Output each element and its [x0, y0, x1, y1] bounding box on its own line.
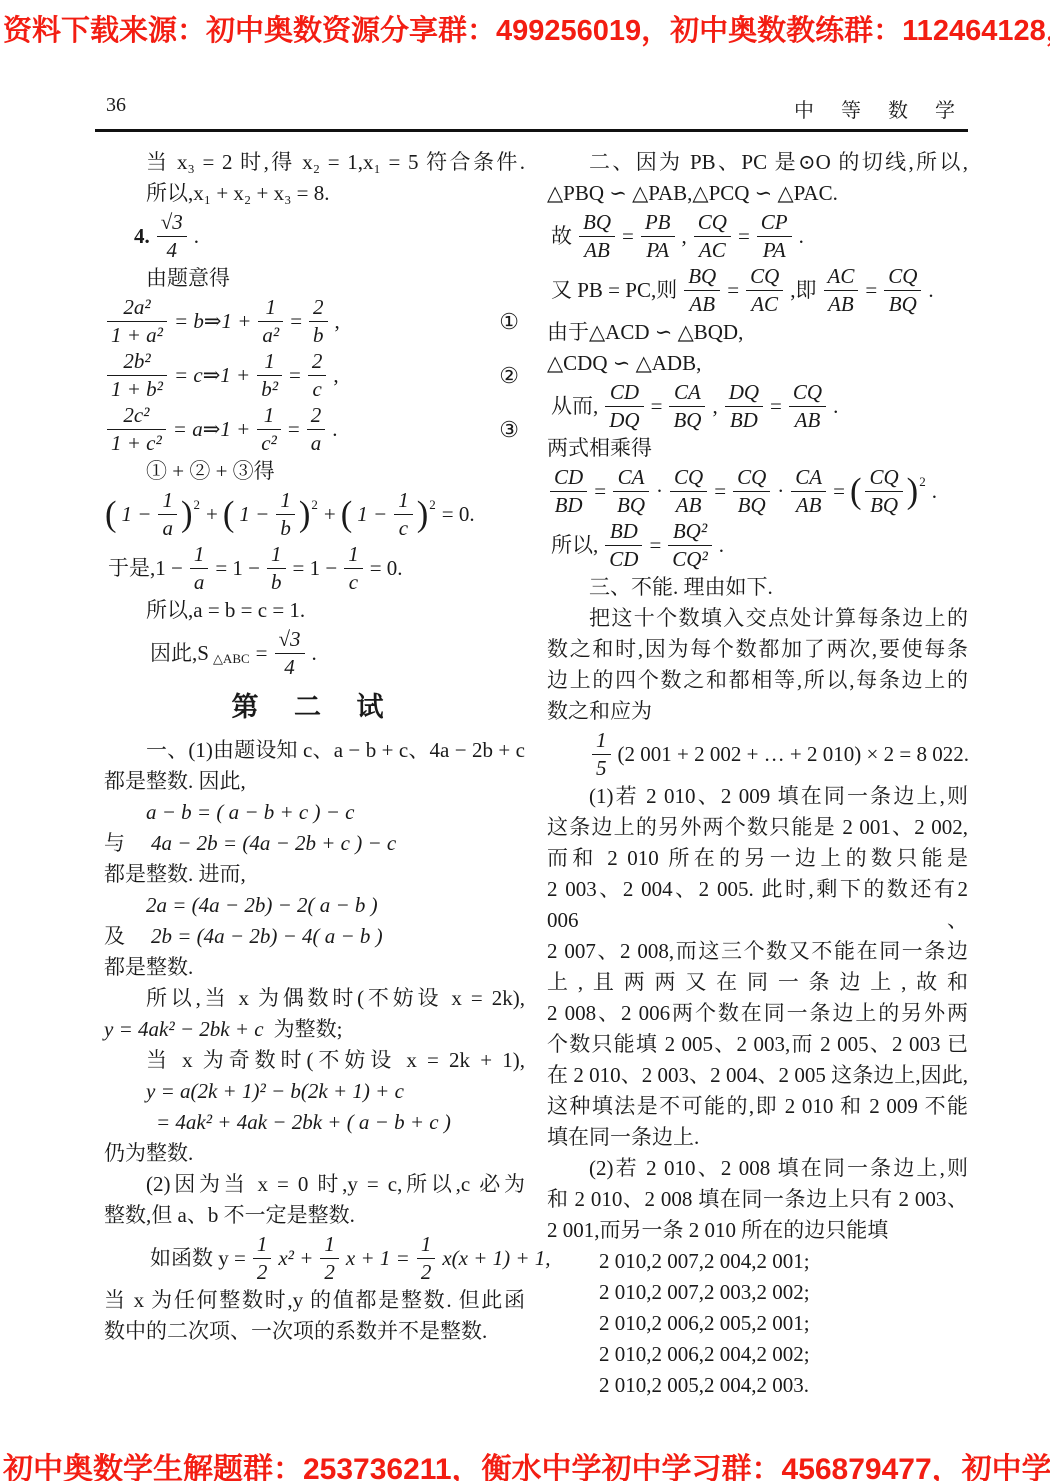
fraction: BQAB [684, 265, 720, 315]
close-paren: ) [181, 498, 193, 531]
frac-denominator: PA [757, 237, 792, 262]
frac-numerator: 2 [308, 350, 327, 376]
frac-denominator: DQ [605, 407, 643, 432]
math-text: 又 PB = PC,则 [551, 275, 677, 306]
math-text: (2 001 + 2 002 + … + 2 010) × 2 = 8 022. [618, 739, 969, 770]
text-line: 当 x₃ = 2 时,得 x₂ = 1,x₁ = 5 符合条件. [104, 147, 525, 178]
math-text: = c⇒1 + [174, 360, 250, 391]
frac-numerator: 1 [158, 489, 177, 515]
math-text: 从而, [551, 391, 598, 422]
frac-numerator: 1 [276, 489, 295, 515]
math-line: y = a(2k + 1)² − b(2k + 1) + c [104, 1076, 525, 1107]
frac-numerator: CQ [733, 466, 770, 492]
text-line: (2)若 2 010、2 008 填在同一条边上,则 [547, 1153, 968, 1184]
math-text: 1 − [239, 499, 269, 530]
function-example-line: 如函数 y = 12 x² + 12 x + 1 = 12 x(x + 1) +… [104, 1231, 525, 1285]
text: 为整数; [274, 1017, 343, 1041]
text-line: 都是整数. [104, 952, 525, 983]
open-paren: ( [850, 475, 862, 508]
frac-denominator: b [309, 322, 328, 347]
fraction: CQAB [789, 381, 826, 431]
text-line: 当 x 为奇数时(不妨设 x = 2k + 1), [104, 1045, 525, 1076]
frac-numerator: BQ [684, 265, 720, 291]
frac-numerator: PB [641, 211, 675, 237]
open-paren: ( [223, 498, 235, 531]
frac-denominator: 4 [157, 237, 187, 262]
frac-numerator: 1 [592, 729, 611, 755]
frac-numerator: DQ [725, 381, 763, 407]
text-line: 当 x 为任何整数时,y 的值都是整数. 但此函 [104, 1285, 525, 1316]
text-line: 而和 2 010 所在的另一边上的数只能是 [547, 843, 968, 874]
math-text: 所以, [551, 530, 598, 561]
math-text: = [738, 221, 750, 252]
answer-4-line: 4. √34 . [104, 209, 525, 263]
frac-numerator: CQ [746, 265, 783, 291]
superscript: 2 [429, 489, 436, 520]
list-line: 2 010,2 006,2 004,2 002; [547, 1339, 968, 1370]
frac-denominator: CQ² [668, 546, 711, 571]
text-line: 所以,当 x 为偶数时(不妨设 x = 2k), [104, 983, 525, 1014]
fraction: CQBQ [733, 466, 770, 516]
frac-numerator: CQ [670, 466, 707, 492]
math-text: = 1 − [215, 553, 260, 584]
frac-denominator: 5 [592, 755, 611, 780]
header-rule [95, 129, 968, 132]
text-line: 所以,x₁ + x₂ + x₃ = 8. [104, 178, 525, 209]
math-text: . [833, 391, 838, 422]
fraction: 2c [308, 350, 327, 400]
fraction: 15 [592, 729, 611, 779]
math-text: · [777, 476, 784, 507]
frac-numerator: 1 [257, 350, 282, 376]
math-text: = [288, 414, 300, 445]
subscript: △ABC [213, 643, 250, 674]
text-line: 填在同一条边上. [547, 1122, 968, 1153]
frac-denominator: BQ [613, 492, 649, 517]
text-line: 二、因为 PB、PC 是⊙O 的切线,所以, [547, 147, 968, 178]
text-line: 把这十个数填入交点处计算每条边上的 [547, 603, 968, 634]
math-text: . [799, 221, 804, 252]
math-text: x + 1 = [346, 1243, 410, 1274]
frac-denominator: c² [257, 430, 281, 455]
fraction: 1b [276, 489, 295, 539]
fraction: CABQ [613, 466, 649, 516]
frac-denominator: 4 [275, 654, 305, 679]
frac-numerator: CD [550, 466, 587, 492]
text-line: 都是整数. 进而, [104, 859, 525, 890]
frac-numerator: BQ [579, 211, 615, 237]
list-line: 2 010,2 007,2 004,2 001; [547, 1246, 968, 1277]
frac-numerator: CQ [865, 466, 902, 492]
close-paren: ) [417, 498, 429, 531]
math-text: · [656, 476, 663, 507]
page-header: 36 中 等 数 学 [106, 94, 966, 123]
text-line: 仍为整数. [104, 1138, 525, 1169]
frac-numerator: 2b² [107, 350, 167, 376]
math-line: a − b = ( a − b + c ) − c [104, 797, 525, 828]
math-text: = [727, 275, 739, 306]
fraction: 2b²1 + b² [107, 350, 167, 400]
frac-denominator: a² [258, 322, 283, 347]
list-line: 2 010,2 005,2 004,2 003. [547, 1370, 968, 1401]
math-text: ,即 [790, 275, 816, 306]
math-text: 于是,1 − [108, 553, 183, 584]
fraction: BQAB [579, 211, 615, 261]
fraction: 1b [267, 543, 286, 593]
close-paren: ) [907, 475, 919, 508]
math-text: = [289, 360, 301, 391]
math-text: . [932, 476, 937, 507]
fraction: CAAB [791, 466, 826, 516]
page-number: 36 [106, 94, 126, 123]
frac-denominator: BQ [865, 492, 902, 517]
product-equation: CDBD = CABQ · CQAB = CQBQ · CAAB = ( CQB… [547, 464, 968, 518]
math-line: = 4ak² + 4ak − 2bk + ( a − b + c ) [104, 1107, 525, 1138]
fraction: BQ²CQ² [668, 520, 711, 570]
fraction: CPPA [757, 211, 792, 261]
equation-3: 2c²1 + c² = a⇒1 + 1c² = 2a . ③ [104, 402, 525, 456]
frac-numerator: AC [824, 265, 859, 291]
frac-numerator: 2 [309, 296, 328, 322]
frac-denominator: AB [670, 492, 707, 517]
watermark-bottom: 初中奥数学生解题群：253736211，衡水中学初中学习群：456879477，… [3, 1444, 1050, 1481]
equation-2: 2b²1 + b² = c⇒1 + 1b² = 2c , ② [104, 348, 525, 402]
text-line: 整数,但 a、b 不一定是整数. [104, 1200, 525, 1231]
math-text: = [865, 275, 877, 306]
text-line: 数之和时,因为每个数都加了两次,要使每条 [547, 634, 968, 665]
text-line: 个数只能填 2 005、2 003,而 2 005、2 003 已 [547, 1029, 968, 1060]
text-line: (1)若 2 010、2 009 填在同一条边上,则 [547, 781, 968, 812]
right-column: 二、因为 PB、PC 是⊙O 的切线,所以, △PBQ ∽ △PAB,△PCQ … [547, 147, 968, 1401]
scanned-page: 资料下载来源：初中奥数资源分享群：499256019，初中奥数教练群：11246… [0, 0, 1050, 1481]
math-text: = [290, 306, 302, 337]
math-text: . [928, 275, 933, 306]
frac-denominator: BQ [884, 291, 921, 316]
open-paren: ( [341, 498, 353, 531]
math-line: 与4a − 2b = (4a − 2b + c ) − c [104, 828, 525, 859]
text-line: 和 2 010、2 008 填在同一条边上只有 2 003、 [547, 1184, 968, 1215]
text-line: 2 003、2 004、2 005. 此时,剩下的数还有2 006、 [547, 874, 968, 936]
text-line: (2)因为当 x = 0 时,y = c,所以,c 必为 [104, 1169, 525, 1200]
fraction: 12 [320, 1233, 339, 1283]
fraction: 1a [158, 489, 177, 539]
text-line: 在 2 010、2 003、2 004、2 005 这条边上,因此, [547, 1060, 968, 1091]
frac-denominator: 2 [417, 1259, 436, 1284]
math-text: , [712, 391, 717, 422]
fraction: 1a [190, 543, 209, 593]
fraction: √34 [275, 628, 305, 678]
math-text: = [594, 476, 606, 507]
fraction: 1a² [258, 296, 283, 346]
frac-denominator: PA [641, 237, 675, 262]
frac-numerator: 2 [307, 404, 326, 430]
frac-denominator: AB [579, 237, 615, 262]
ratio-line-3: 从而, CDDQ = CABQ , DQBD = CQAB . [547, 379, 968, 433]
math-text: x² + [278, 1243, 313, 1274]
text-line: 2 001,而另一条 2 010 所在的边只能填 [547, 1215, 968, 1246]
list-line: 2 010,2 006,2 005,2 001; [547, 1308, 968, 1339]
math-text: + [324, 499, 336, 530]
math-text: 1 − [122, 499, 152, 530]
equation-tag: ① [499, 306, 519, 337]
math-text: = 0. [370, 553, 403, 584]
frac-denominator: AB [789, 407, 826, 432]
frac-denominator: 1 + c² [107, 430, 166, 455]
math-text: 因此,S [150, 638, 209, 669]
ratio-line-2: 又 PB = PC,则 BQAB = CQAC ,即 ACAB = CQBQ . [547, 263, 968, 317]
text-line: 上,且两两又在同一条边上,故和 [547, 967, 968, 998]
frac-denominator: BD [550, 492, 587, 517]
frac-numerator: CA [613, 466, 649, 492]
math-text: = [256, 638, 268, 669]
yushi-equation: 于是,1 − 1a = 1 − 1b = 1 − 1c = 0. [104, 541, 525, 595]
connector: 与 [104, 831, 125, 855]
watermark-top: 资料下载来源：初中奥数资源分享群：499256019，初中奥数教练群：11246… [3, 8, 1050, 49]
frac-numerator: 2a² [107, 296, 167, 322]
frac-numerator: CQ [694, 211, 731, 237]
text-line: 所以,a = b = c = 1. [104, 595, 525, 626]
equation-tag: ② [499, 360, 519, 391]
frac-denominator: 2 [320, 1259, 339, 1284]
superscript: 2 [311, 489, 318, 520]
fraction: 12 [417, 1233, 436, 1283]
frac-denominator: a [307, 430, 326, 455]
frac-denominator: c [308, 376, 327, 401]
frac-numerator: 1 [267, 543, 286, 569]
frac-numerator: 1 [253, 1233, 272, 1259]
math-text: = a⇒1 + [173, 414, 250, 445]
text-line: 这种填法是不可能的,即 2 010 和 2 009 不能 [547, 1091, 968, 1122]
math-line: 及2b = (4a − 2b) − 4( a − b ) [104, 921, 525, 952]
math-line: 2a = (4a − 2b) − 2( a − b ) [104, 890, 525, 921]
math-text: , [335, 306, 340, 337]
fraction: BDCD [605, 520, 642, 570]
frac-denominator: AC [694, 237, 731, 262]
frac-numerator: 1 [417, 1233, 436, 1259]
area-result-line: 因此,S△ABC = √34 . [104, 626, 525, 680]
fraction: 1c [344, 543, 363, 593]
fraction: CDDQ [605, 381, 643, 431]
connector: 及 [104, 924, 125, 948]
frac-numerator: 1 [320, 1233, 339, 1259]
frac-numerator: 1 [344, 543, 363, 569]
frac-denominator: AB [684, 291, 720, 316]
fraction: CDBD [550, 466, 587, 516]
math-text: = 1 − [293, 553, 338, 584]
fraction: CQBQ [865, 466, 902, 516]
frac-denominator: 1 + b² [107, 376, 167, 401]
fraction: 1b² [257, 350, 282, 400]
frac-denominator: AB [824, 291, 859, 316]
frac-numerator: √3 [157, 211, 187, 237]
fraction: 1c² [257, 404, 281, 454]
text-line: 数之和应为 [547, 696, 968, 727]
superscript: 2 [919, 466, 926, 497]
frac-numerator: 1 [257, 404, 281, 430]
math-text: = [651, 391, 663, 422]
text-line: 三、不能. 理由如下. [547, 572, 968, 603]
math-text: = b⇒1 + [174, 306, 251, 337]
open-paren: ( [105, 498, 117, 531]
frac-numerator: CD [605, 381, 643, 407]
frac-denominator: CD [605, 546, 642, 571]
math-text: + [206, 499, 218, 530]
math-text: 故 [551, 221, 572, 252]
math-text: . [332, 414, 337, 445]
math-text: 如函数 y = [150, 1243, 246, 1274]
text-line: 两式相乘得 [547, 433, 968, 464]
frac-denominator: c [394, 515, 413, 540]
fraction: √34 [157, 211, 187, 261]
frac-denominator: 2 [253, 1259, 272, 1284]
text-line: 2 007、2 008,而这三个数又不能在同一条边 [547, 936, 968, 967]
fraction: 2c²1 + c² [107, 404, 166, 454]
math-text: . [312, 638, 317, 669]
text-line: 2 008、2 006两个数在同一条边上的另外两 [547, 998, 968, 1029]
frac-numerator: 2c² [107, 404, 166, 430]
frac-denominator: AB [791, 492, 826, 517]
frac-numerator: CA [669, 381, 705, 407]
fraction: 12 [253, 1233, 272, 1283]
fraction: ACAB [824, 265, 859, 315]
math-line: y = 4ak² − 2bk + c为整数; [104, 1014, 525, 1045]
frac-denominator: a [190, 569, 209, 594]
text-line: 数中的二次项、一次项的系数并不是整数. [104, 1316, 525, 1347]
text-line: 一、(1)由题设知 c、a − b + c、4a − 2b + c [104, 735, 525, 766]
frac-denominator: b [267, 569, 286, 594]
math-text: , [682, 221, 687, 252]
text-line: 都是整数. 因此, [104, 766, 525, 797]
math-text: = [622, 221, 634, 252]
fraction: CQAC [746, 265, 783, 315]
problem-number: 4. [134, 221, 150, 252]
left-column: 当 x₃ = 2 时,得 x₂ = 1,x₁ = 5 符合条件. 所以,x₁ +… [104, 147, 525, 1347]
math-text: = [770, 391, 782, 422]
list-line: 2 010,2 007,2 003,2 002; [547, 1277, 968, 1308]
sum-formula: 15 (2 001 + 2 002 + … + 2 010) × 2 = 8 0… [547, 727, 968, 781]
text-line: ① + ② + ③得 [104, 456, 525, 487]
sum-equation: ( 1 − 1a ) 2 + ( 1 − 1b ) 2 + ( 1 − 1c )… [104, 487, 525, 541]
text-line: 由于△ACD ∽ △BQD, [547, 317, 968, 348]
fraction: CQAC [694, 211, 731, 261]
math-text: , [333, 360, 338, 391]
frac-numerator: CA [791, 466, 826, 492]
math-text: y = 4ak² − 2bk + c [104, 1017, 264, 1041]
text-line: △CDQ ∽ △ADB, [547, 348, 968, 379]
math-text: = [714, 476, 726, 507]
math-text: = [833, 476, 845, 507]
text-line: 边上的四个数之和都相等,所以,每条边上的 [547, 665, 968, 696]
math-text: . [194, 221, 199, 252]
text-line: 这条边上的另外两个数只能是 2 001、2 002, [547, 812, 968, 843]
conclusion-ratio: 所以, BDCD = BQ²CQ² . [547, 518, 968, 572]
equation-tag: ③ [499, 414, 519, 445]
frac-numerator: BQ² [668, 520, 711, 546]
fraction: DQBD [725, 381, 763, 431]
math-text: . [719, 530, 724, 561]
frac-denominator: b² [257, 376, 282, 401]
fraction: PBPA [641, 211, 675, 261]
frac-numerator: CP [757, 211, 792, 237]
fraction: 2a²1 + a² [107, 296, 167, 346]
frac-denominator: AC [746, 291, 783, 316]
frac-numerator: CQ [789, 381, 826, 407]
frac-denominator: b [276, 515, 295, 540]
frac-denominator: BQ [669, 407, 705, 432]
math-text: = 0. [442, 499, 475, 530]
math-text: 4a − 2b = (4a − 2b + c ) − c [151, 831, 396, 855]
fraction: CQBQ [884, 265, 921, 315]
fraction: CABQ [669, 381, 705, 431]
superscript: 2 [194, 489, 201, 520]
journal-title: 中 等 数 学 [794, 94, 966, 123]
fraction: 2a [307, 404, 326, 454]
math-text: 2b = (4a − 2b) − 4( a − b ) [151, 924, 383, 948]
text-line: △PBQ ∽ △PAB,△PCQ ∽ △PAC. [547, 178, 968, 209]
fraction: CQAB [670, 466, 707, 516]
frac-denominator: a [158, 515, 177, 540]
ratio-line-1: 故 BQAB = PBPA , CQAC = CPPA . [547, 209, 968, 263]
equation-1: 2a²1 + a² = b⇒1 + 1a² = 2b , ① [104, 294, 525, 348]
frac-denominator: BQ [733, 492, 770, 517]
text-line: 由题意得 [104, 263, 525, 294]
frac-numerator: 1 [258, 296, 283, 322]
section-heading: 第 二 试 [104, 680, 525, 735]
close-paren: ) [299, 498, 311, 531]
math-text: = [649, 530, 661, 561]
math-text: 1 − [357, 499, 387, 530]
frac-denominator: 1 + a² [107, 322, 167, 347]
frac-numerator: 1 [190, 543, 209, 569]
math-text: x(x + 1) + 1, [442, 1243, 550, 1274]
fraction: 2b [309, 296, 328, 346]
fraction: 1c [394, 489, 413, 539]
frac-numerator: CQ [884, 265, 921, 291]
frac-numerator: 1 [394, 489, 413, 515]
frac-numerator: BD [605, 520, 642, 546]
frac-denominator: c [344, 569, 363, 594]
frac-numerator: √3 [275, 628, 305, 654]
frac-denominator: BD [725, 407, 763, 432]
